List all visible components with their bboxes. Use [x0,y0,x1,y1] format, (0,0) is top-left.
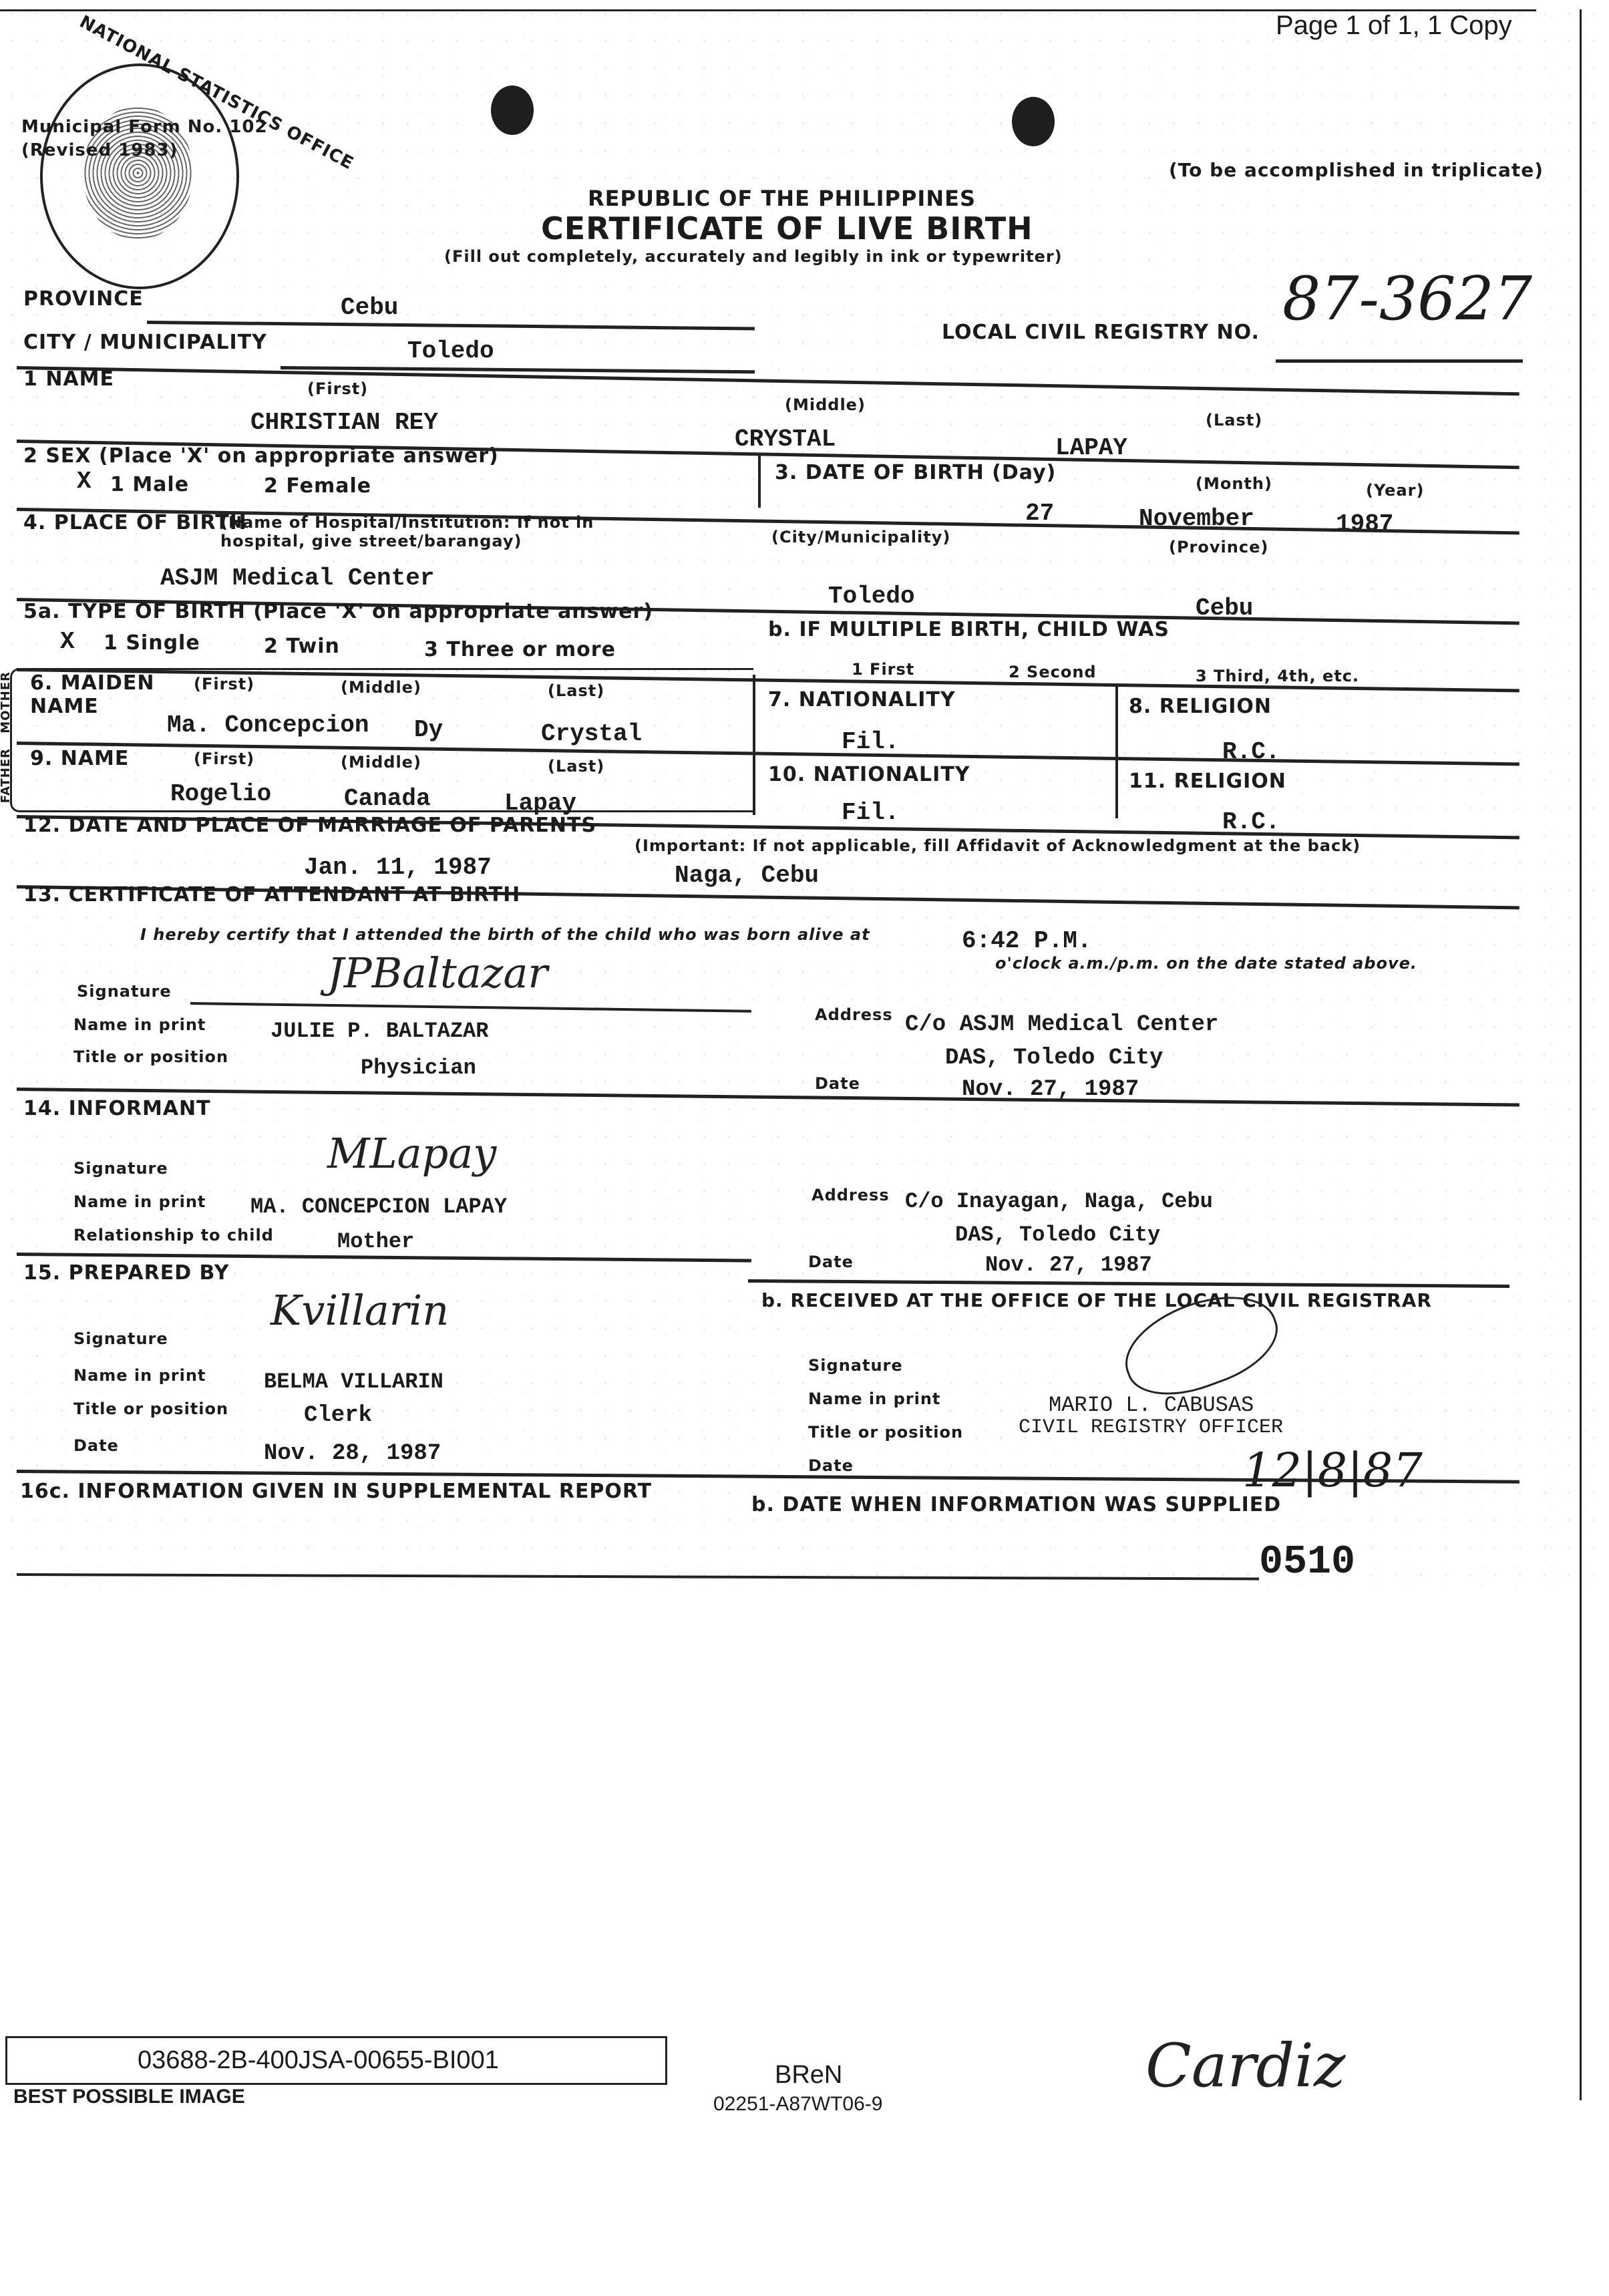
registrar-date[interactable]: 12|8|87 [1242,1443,1423,1498]
prepared-date-label: Date [73,1436,119,1455]
column-divider [1115,685,1118,818]
informant-signature: MLapay [327,1129,496,1178]
pob-hint: (Name of Hospital/Institution: If not in… [220,513,608,550]
prepared-name[interactable]: BELMA VILLARIN [264,1369,443,1394]
republic-heading: REPUBLIC OF THE PHILIPPINES [588,186,976,211]
informant-address-line2[interactable]: DAS, Toledo City [955,1222,1160,1247]
birth-certificate-page: Page 1 of 1, 1 Copy NATIONAL STATISTICS … [0,0,1609,2296]
punch-hole-left [491,86,534,135]
informant-address-label: Address [812,1186,890,1204]
reference-code: 03688-2B-400JSA-00655-BI001 [138,2046,499,2075]
child-name-label: 1 NAME [23,367,114,391]
mother-middle-name[interactable]: Dy [414,716,443,744]
pob-province-label: (Province) [1169,538,1268,556]
registrar-date-label: Date [808,1456,854,1475]
dob-year[interactable]: 1987 [1336,510,1393,538]
multiple-second-option[interactable]: 2 Second [1009,663,1097,681]
supplemental-label: 16c. INFORMATION GIVEN IN SUPPLEMENTAL R… [20,1480,652,1503]
child-middle-label: (Middle) [785,395,866,414]
city-value[interactable]: Toledo [407,337,494,365]
certifying-signature: Cardiz [1145,2031,1345,2101]
prepared-date[interactable]: Nov. 28, 1987 [264,1441,441,1466]
prepared-signature-label: Signature [73,1329,168,1348]
dob-year-label: (Year) [1366,481,1424,500]
punch-hole-right [1012,97,1055,146]
attendant-signature-label: Signature [77,982,172,1001]
pob-value[interactable]: ASJM Medical Center [160,564,434,592]
province-value[interactable]: Cebu [341,294,398,321]
attendant-title-label: Title or position [73,1047,228,1066]
attendant-certify-text: I hereby certify that I attended the bir… [140,925,870,944]
birth-type-label: 5a. TYPE OF BIRTH (Place 'X' on appropri… [23,600,653,623]
document-title: CERTIFICATE OF LIVE BIRTH [541,210,1033,247]
supplemental-date-label: b. DATE WHEN INFORMATION WAS SUPPLIED [751,1493,1281,1516]
registrar-title[interactable]: CIVIL REGISTRY OFFICER [1019,1416,1283,1439]
marriage-place[interactable]: Naga, Cebu [675,862,819,889]
attendant-title[interactable]: Physician [361,1055,476,1080]
father-first-label: (First) [194,750,254,768]
prepared-section-label: 15. PREPARED BY [23,1261,230,1285]
row-divider [17,1088,1519,1107]
father-first-name[interactable]: Rogelio [170,780,271,808]
mother-nationality[interactable]: Fil. [842,728,899,756]
fill-instructions: (Fill out completely, accurately and leg… [444,247,1063,266]
page-count-label: Page 1 of 1, 1 Copy [1276,11,1512,41]
mother-middle-label: (Middle) [341,678,421,697]
registrar-name[interactable]: MARIO L. CABUSAS [1049,1393,1254,1418]
birth-type-mark[interactable]: X [60,628,75,655]
birth-twin-option[interactable]: 2 Twin [264,635,340,658]
multiple-first-option[interactable]: 1 First [852,660,914,679]
father-nationality-label: 10. NATIONALITY [768,763,970,786]
informant-relationship-label: Relationship to child [73,1226,274,1245]
triplicate-note: (To be accomplished in triplicate) [1169,159,1544,181]
child-last-label: (Last) [1206,411,1262,430]
row-divider [748,1279,1509,1288]
pob-city[interactable]: Toledo [828,583,915,610]
prepared-name-label: Name in print [73,1366,206,1385]
attendant-address-line2[interactable]: DAS, Toledo City [945,1045,1163,1071]
sex-female-option[interactable]: 2 Female [264,474,371,498]
mother-last-label: (Last) [548,681,604,700]
informant-address-line1[interactable]: C/o Inayagan, Naga, Cebu [905,1189,1213,1214]
informant-relationship[interactable]: Mother [337,1229,414,1254]
sex-label: 2 SEX (Place 'X' on appropriate answer) [23,444,499,468]
attendant-date-label: Date [815,1074,860,1093]
child-first-name[interactable]: CHRISTIAN REY [250,409,438,436]
informant-name[interactable]: MA. CONCEPCION LAPAY [250,1194,507,1219]
province-label: PROVINCE [23,287,144,311]
prepared-signature: Kvillarin [271,1286,449,1335]
mother-first-label: (First) [194,675,254,693]
right-border [1580,9,1582,2100]
father-middle-name[interactable]: Canada [344,785,431,812]
sex-male-option[interactable]: 1 Male [110,473,189,496]
marriage-label: 12. DATE AND PLACE OF MARRIAGE OF PARENT… [23,814,596,837]
form-number: Municipal Form No. 102 [21,117,268,137]
informant-signature-label: Signature [73,1159,168,1178]
child-first-label: (First) [307,379,368,398]
row-divider [17,366,1519,395]
pob-city-label: (City/Municipality) [771,528,950,546]
attendant-name[interactable]: JULIE P. BALTAZAR [271,1019,488,1043]
mother-first-name[interactable]: Ma. Concepcion [167,711,369,739]
dob-label: 3. DATE OF BIRTH (Day) [775,461,1056,484]
father-last-name[interactable]: Lapay [504,790,576,817]
registrar-section-label: b. RECEIVED AT THE OFFICE OF THE LOCAL C… [761,1289,1432,1311]
father-last-label: (Last) [548,757,604,776]
marriage-date[interactable]: Jan. 11, 1987 [304,854,492,881]
bren-label: BReN [775,2061,842,2090]
father-religion-label: 11. RELIGION [1129,770,1286,793]
stamp-number: 0510 [1259,1540,1355,1585]
lcr-value[interactable]: 87-3627 [1282,264,1532,334]
informant-date[interactable]: Nov. 27, 1987 [985,1253,1152,1277]
father-nationality[interactable]: Fil. [842,799,899,826]
prepared-title-label: Title or position [73,1400,228,1418]
attendant-signature: JPBaltazar [327,949,548,997]
nso-seal-icon: NATIONAL STATISTICS OFFICE [40,63,239,289]
informant-section-label: 14. INFORMANT [23,1097,211,1120]
mother-religion-label: 8. RELIGION [1129,695,1272,718]
reference-code-box: 03688-2B-400JSA-00655-BI001 [5,2036,667,2085]
father-name-label: 9. NAME [30,747,129,770]
multiple-third-option[interactable]: 3 Third, 4th, etc. [1196,667,1359,685]
informant-date-label: Date [808,1253,854,1271]
mother-name-label: 6. MAIDEN NAME [30,671,164,718]
registrar-title-label: Title or position [808,1423,963,1442]
prepared-title[interactable]: Clerk [304,1403,372,1428]
attendant-birth-time[interactable]: 6:42 P.M. [962,927,1091,955]
pob-label: 4. PLACE OF BIRTH [23,511,247,534]
dob-month-label: (Month) [1196,474,1272,493]
marriage-note: (Important: If not applicable, fill Affi… [635,836,1361,855]
registrar-name-label: Name in print [808,1389,940,1408]
city-label: CITY / MUNICIPALITY [23,331,267,354]
province-line [147,321,755,331]
attendant-name-label: Name in print [73,1015,206,1034]
sex-male-mark[interactable]: X [77,468,92,495]
child-middle-name[interactable]: CRYSTAL [735,426,836,453]
multiple-birth-label: b. IF MULTIPLE BIRTH, CHILD WAS [768,618,1170,641]
father-middle-label: (Middle) [341,753,421,772]
form-revision: (Revised 1983) [21,140,178,160]
attendant-address-line1[interactable]: C/o ASJM Medical Center [905,1012,1218,1037]
column-divider [758,454,761,508]
birth-single-option[interactable]: 1 Single [104,631,200,655]
bren-code: 02251-A87WT06-9 [713,2093,882,2116]
bottom-divider [17,1573,1259,1580]
lcr-line [1276,359,1523,363]
attendant-certify-suffix: o'clock a.m./p.m. on the date stated abo… [995,954,1417,973]
mother-last-name[interactable]: Crystal [541,720,642,748]
registrar-signature-label: Signature [808,1356,903,1375]
lcr-label: LOCAL CIVIL REGISTRY NO. [942,321,1260,344]
best-image-note: BEST POSSIBLE IMAGE [13,2086,245,2108]
father-side-label: FATHER [0,748,13,803]
birth-triplet-option[interactable]: 3 Three or more [424,638,616,661]
signature-line [190,1002,751,1013]
informant-name-label: Name in print [73,1192,206,1211]
attendant-address-label: Address [815,1005,893,1024]
mother-nationality-label: 7. NATIONALITY [768,688,956,711]
column-divider [753,675,755,815]
attendant-section-label: 13. CERTIFICATE OF ATTENDANT AT BIRTH [23,883,520,907]
mother-side-label: MOTHER [0,671,13,733]
